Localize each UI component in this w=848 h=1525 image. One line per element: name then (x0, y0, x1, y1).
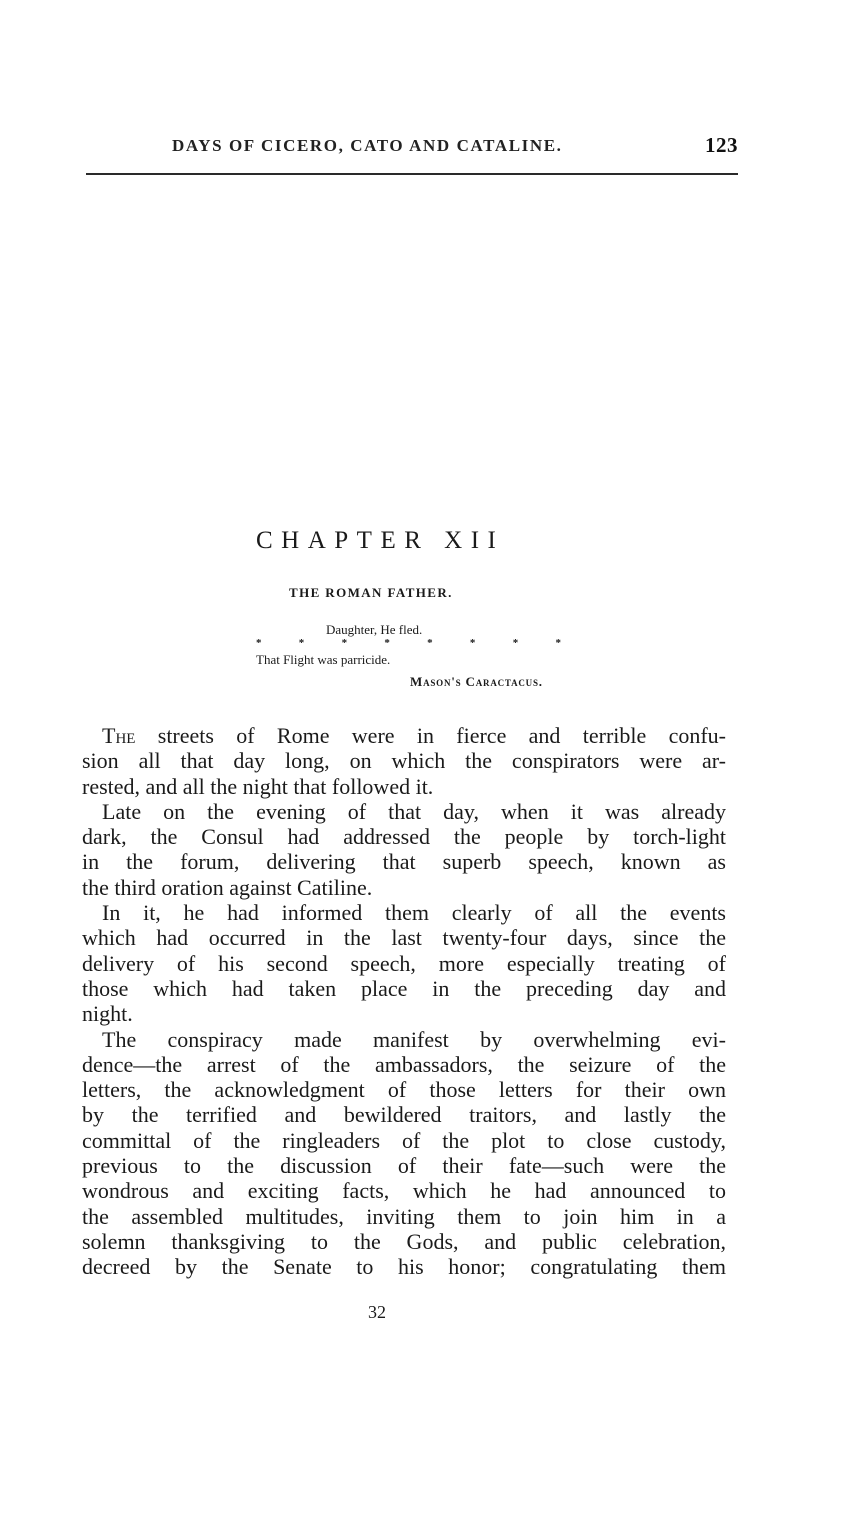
text-line: rested, and all the night that followed … (82, 774, 726, 799)
text-line: the assembled multitudes, inviting them … (82, 1204, 726, 1229)
paragraph-1: The streets of Rome were in fierce and t… (82, 723, 726, 799)
text-line: committal of the ringleaders of the plot… (82, 1128, 726, 1153)
epigraph-attribution: Mason's Caractacus. (410, 674, 543, 690)
text-line: In it, he had informed them clearly of a… (82, 900, 726, 925)
star-icon: * (342, 637, 348, 649)
text-line: delivery of his second speech, more espe… (82, 951, 726, 976)
text-line: letters, the acknowledgment of those let… (82, 1077, 726, 1102)
lead-word: The (102, 723, 135, 748)
text-line: decreed by the Senate to his honor; cong… (82, 1254, 726, 1279)
body-text: The streets of Rome were in fierce and t… (82, 723, 726, 1280)
star-icon: * (256, 637, 262, 649)
paragraph-4: The conspiracy made manifest by overwhel… (82, 1027, 726, 1280)
signature-mark: 32 (368, 1302, 386, 1323)
star-icon: * (513, 637, 519, 649)
star-icon: * (299, 637, 305, 649)
text-line: by the terrified and bewildered traitors… (82, 1102, 726, 1127)
page-number: 123 (705, 133, 738, 158)
epigraph-line-1: Daughter, He fled. (326, 622, 422, 638)
chapter-title: CHAPTER XII (256, 527, 504, 555)
text-line: dark, the Consul had addressed the peopl… (82, 824, 726, 849)
header-rule (86, 173, 738, 175)
text-line: night. (82, 1001, 726, 1026)
running-title: DAYS OF CICERO, CATO AND CATALINE. (172, 136, 563, 156)
star-icon: * (427, 637, 433, 649)
text-line: sion all that day long, on which the con… (82, 748, 726, 773)
epigraph-line-2: That Flight was parricide. (256, 652, 390, 668)
star-icon: * (470, 637, 476, 649)
text-line: dence—the arrest of the ambassadors, the… (82, 1052, 726, 1077)
star-icon: * (555, 637, 561, 649)
text-line: those which had taken place in the prece… (82, 976, 726, 1001)
text-line: Late on the evening of that day, when it… (82, 799, 726, 824)
epigraph-ellipsis-stars: * * * * * * * * (256, 637, 561, 649)
text-line: wondrous and exciting facts, which he ha… (82, 1178, 726, 1203)
paragraph-3: In it, he had informed them clearly of a… (82, 900, 726, 1026)
text-line: The conspiracy made manifest by overwhel… (82, 1027, 726, 1052)
star-icon: * (384, 637, 390, 649)
text-line: solemn thanksgiving to the Gods, and pub… (82, 1229, 726, 1254)
text-line: in the forum, delivering that superb spe… (82, 849, 726, 874)
text-line: the third oration against Catiline. (82, 875, 726, 900)
paragraph-2: Late on the evening of that day, when it… (82, 799, 726, 900)
text-line: The streets of Rome were in fierce and t… (82, 723, 726, 748)
running-head: DAYS OF CICERO, CATO AND CATALINE. 123 (86, 136, 738, 166)
text-line: previous to the discussion of their fate… (82, 1153, 726, 1178)
chapter-subtitle: THE ROMAN FATHER. (289, 585, 453, 601)
text-line: which had occurred in the last twenty-fo… (82, 925, 726, 950)
